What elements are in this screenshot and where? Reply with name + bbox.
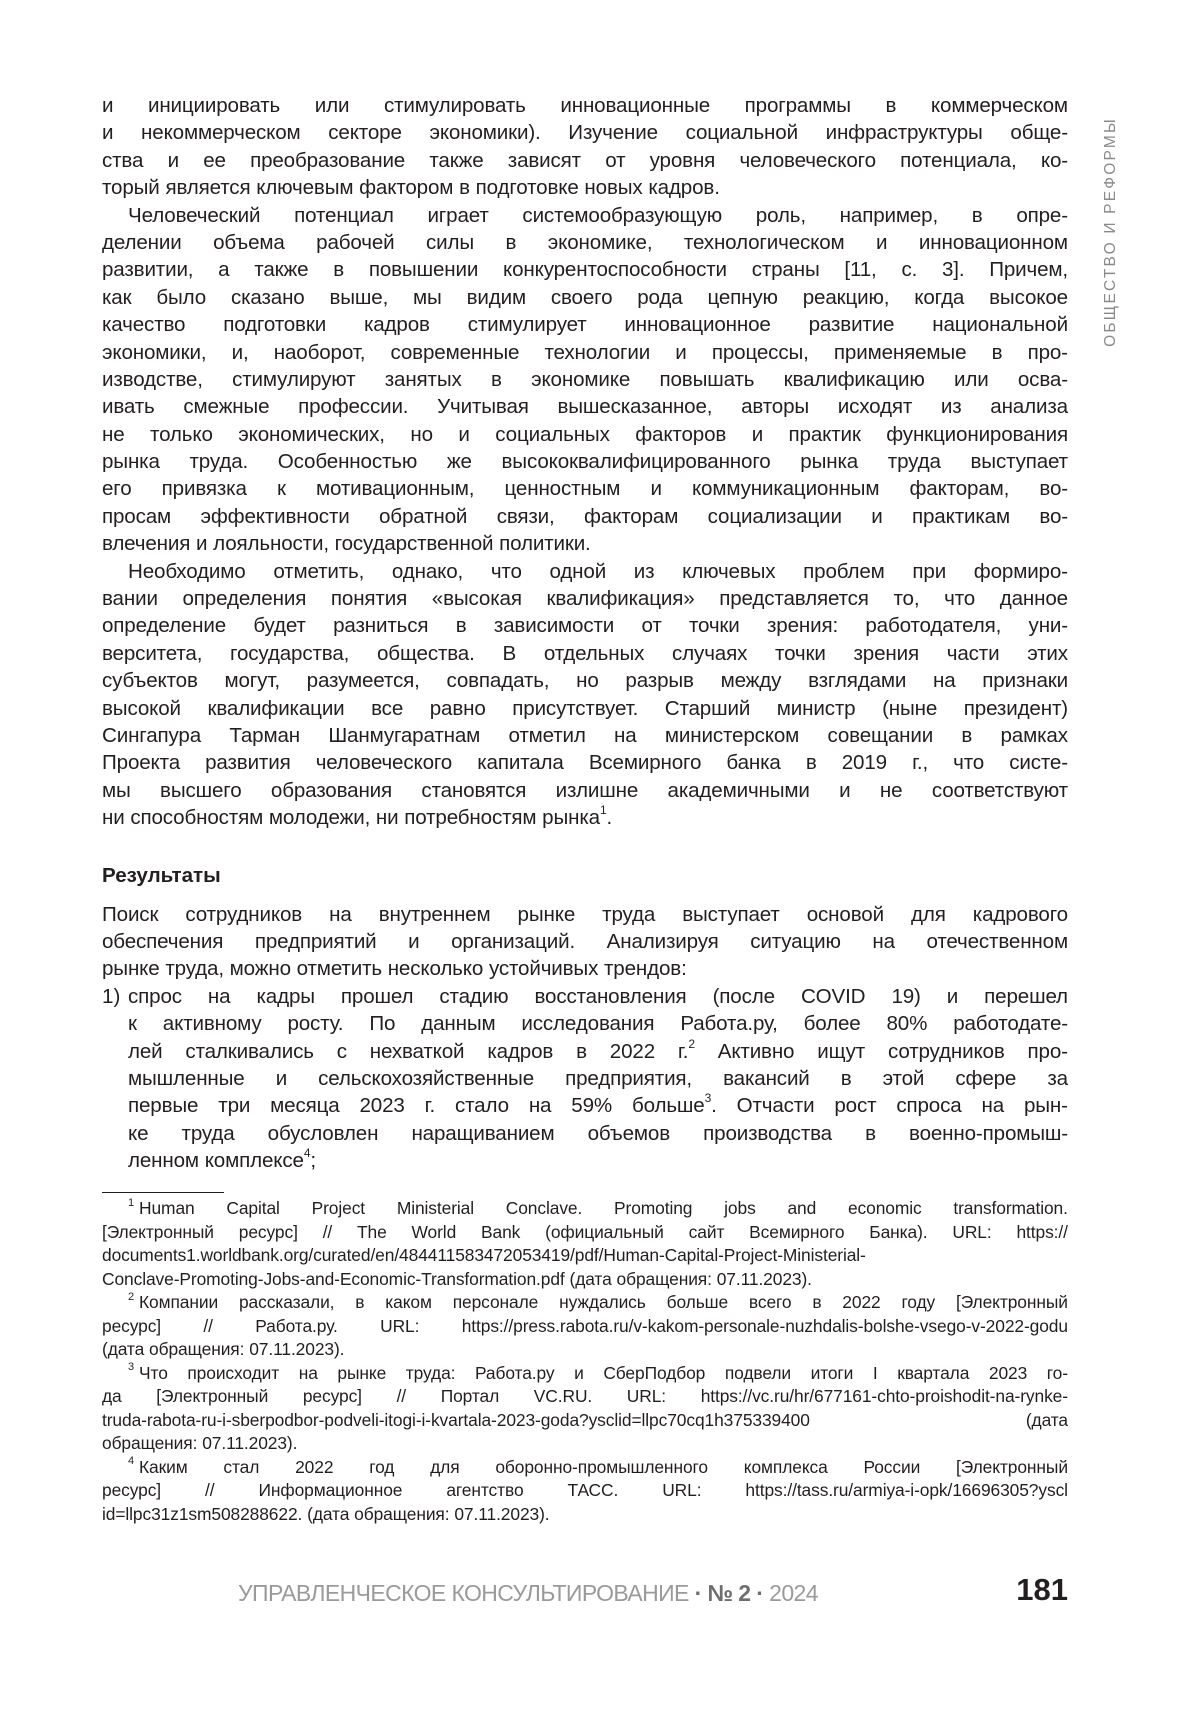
text-line: нетолькоэкономических,ноисоциальныхфакто… — [102, 421, 1068, 448]
separator-dot: · — [695, 1580, 702, 1606]
journal-name: УПРАВЛЕНЧЕСКОЕ КОНСУЛЬТИРОВАНИЕ — [238, 1580, 689, 1606]
text-line: ниспособностяммолодежи,нипотребностямрын… — [102, 804, 1068, 831]
text-line: стваиеепреобразованиетакжезависятотуровн… — [102, 147, 1068, 174]
footnote-line: обращения:07.11.2023). — [102, 1432, 1068, 1456]
list-item: 1)спроснакадрыпрошелстадиювосстановления… — [102, 983, 1068, 1175]
list-line: спроснакадрыпрошелстадиювосстановления(п… — [102, 983, 1068, 1010]
text-line: экономики,и,наоборот,современныетехнолог… — [102, 339, 1068, 366]
list-line: лейсталкивалисьснехваткойкадровв2022г.2А… — [102, 1038, 1068, 1065]
footnote-line: (датаобращения:07.11.2023). — [102, 1338, 1068, 1362]
text-line: обеспеченияпредприятийиорганизаций.Анали… — [102, 928, 1068, 955]
text-line: ПроектаразвитиячеловеческогокапиталаВсем… — [102, 749, 1068, 776]
text-line: иватьсмежныепрофессии.Учитываявышесказан… — [102, 393, 1068, 420]
footnote-line: documents1.worldbank.org/curated/en/4844… — [102, 1244, 1068, 1268]
text-line: какбылосказановыше,мывидимсвоегородацепн… — [102, 284, 1068, 311]
text-line: егопривязкакмотивационным,ценностнымиком… — [102, 475, 1068, 502]
text-line: определениебудетразнитьсявзависимостиотт… — [102, 612, 1068, 639]
footnote: 3Чтопроисходитнарынкетруда:Работа.руиСбе… — [102, 1362, 1068, 1456]
issue-year: 2024 — [769, 1580, 818, 1606]
page-body: иинициироватьилистимулироватьинновационн… — [102, 92, 1068, 1526]
page-footer: УПРАВЛЕНЧЕСКОЕ КОНСУЛЬТИРОВАНИЕ · № 2 · … — [238, 1572, 1068, 1612]
text-line: деленииобъемарабочейсилывэкономике,техно… — [102, 229, 1068, 256]
page-number: 181 — [1016, 1572, 1068, 1608]
text-line: высокойквалификациивсеравноприсутствует.… — [102, 695, 1068, 722]
text-line: просамэффективностиобратнойсвязи,фактора… — [102, 503, 1068, 530]
footnote-number: 4 — [128, 1455, 134, 1467]
footnote-line: 2Компаниирассказали,вкакомперсоналенужда… — [102, 1291, 1068, 1315]
text-line: иинициироватьилистимулироватьинновационн… — [102, 92, 1068, 119]
footnote-line: да[Электронныйресурс]//ПорталVC.RU.URL:h… — [102, 1385, 1068, 1409]
text-line: рынкатруда.Особенностьюжевысококвалифици… — [102, 448, 1068, 475]
separator-dot: · — [756, 1580, 763, 1606]
text-line: рынкетруда,можноотметитьнесколькоустойчи… — [102, 955, 1068, 982]
trend-list: 1)спроснакадрыпрошелстадиювосстановления… — [102, 983, 1068, 1175]
text-line: субъектовмогут,разумеется,совпадать,нора… — [102, 667, 1068, 694]
footnote-line: id=llpc31z1sm508288622.(датаобращения:07… — [102, 1503, 1068, 1527]
section-title-vertical: ОБЩЕСТВО И РЕФОРМЫ — [1102, 117, 1120, 347]
text-line: изводстве,стимулируютзанятыхвэкономикепо… — [102, 366, 1068, 393]
footnote: 1HumanCapitalProjectMinisterialConclave.… — [102, 1197, 1068, 1291]
text-line: СингапураТарманШанмугаратнамотметилнамин… — [102, 722, 1068, 749]
text-line: качествоподготовкикадровстимулируетиннов… — [102, 311, 1068, 338]
text-line: инекоммерческомсектореэкономики).Изучени… — [102, 119, 1068, 146]
list-line: кетрудаобусловленнаращиваниемобъемовпрои… — [102, 1120, 1068, 1147]
footnote-number: 2 — [128, 1291, 134, 1303]
footnote-line: 1HumanCapitalProjectMinisterialConclave.… — [102, 1197, 1068, 1221]
footnote-line: [Электронныйресурс]//TheWorldBank(официа… — [102, 1221, 1068, 1245]
footnote-ref[interactable]: 4 — [304, 1146, 311, 1160]
footnote-line: Conclave-Promoting-Jobs-and-Economic-Tra… — [102, 1268, 1068, 1292]
text-line: ванииопределенияпонятия«высокаяквалифика… — [102, 585, 1068, 612]
footnote-separator — [102, 1192, 224, 1193]
running-header: ОБЩЕСТВО И РЕФОРМЫ — [1096, 92, 1126, 372]
text-line: торыйявляетсяключевымфакторомвподготовке… — [102, 174, 1068, 201]
text-line: верситета,государства,общества.Вотдельны… — [102, 640, 1068, 667]
footnote-line: 3Чтопроисходитнарынкетруда:Работа.руиСбе… — [102, 1362, 1068, 1386]
body-text: иинициироватьилистимулироватьинновационн… — [102, 92, 1068, 832]
text-line: Человеческийпотенциалиграетсистемообразу… — [102, 202, 1068, 229]
text-line: Поисксотрудниковнавнутреннемрынкетрудавы… — [102, 901, 1068, 928]
footnotes: 1HumanCapitalProjectMinisterialConclave.… — [102, 1197, 1068, 1526]
footnote: 2Компаниирассказали,вкакомперсоналенужда… — [102, 1291, 1068, 1362]
text-line: мывысшегообразованиястановятсяизлишнеака… — [102, 777, 1068, 804]
list-line: кактивномуросту.ПоданнымисследованияРабо… — [102, 1010, 1068, 1037]
section-heading: Результаты — [102, 862, 1068, 889]
footnote-number: 1 — [128, 1197, 134, 1209]
list-line: ленномкомплексе4; — [102, 1147, 1068, 1174]
footnote-line: ресурс]//Работа.ру.URL:https://press.rab… — [102, 1315, 1068, 1339]
footnote-ref[interactable]: 1 — [600, 803, 607, 817]
footnote-ref[interactable]: 3 — [705, 1091, 712, 1105]
footnote: 4Какимстал2022годдляоборонно-промышленно… — [102, 1456, 1068, 1527]
text-line: влеченияилояльности,государственнойполит… — [102, 530, 1068, 557]
list-line: мышленныеисельскохозяйственныепредприяти… — [102, 1065, 1068, 1092]
footnote-line: 4Какимстал2022годдляоборонно-промышленно… — [102, 1456, 1068, 1480]
journal-title: УПРАВЛЕНЧЕСКОЕ КОНСУЛЬТИРОВАНИЕ · № 2 · … — [238, 1580, 818, 1607]
list-number: 1) — [102, 983, 120, 1010]
text-line: Необходимоотметить,однако,чтооднойизключ… — [102, 558, 1068, 585]
footnote-line: ресурс]//ИнформационноеагентствоТАСС.URL… — [102, 1479, 1068, 1503]
footnote-ref[interactable]: 2 — [688, 1037, 695, 1051]
list-line: первыетримесяца2023г.сталона59%больше3.О… — [102, 1092, 1068, 1119]
text-line: развитии,атакжевповышенииконкурентоспосо… — [102, 256, 1068, 283]
issue-number: № 2 — [707, 1580, 750, 1606]
footnote-line: truda-rabota-ru-i-sberpodbor-podveli-ito… — [102, 1409, 1068, 1433]
results-paragraph: Поисксотрудниковнавнутреннемрынкетрудавы… — [102, 901, 1068, 983]
footnote-number: 3 — [128, 1361, 134, 1373]
